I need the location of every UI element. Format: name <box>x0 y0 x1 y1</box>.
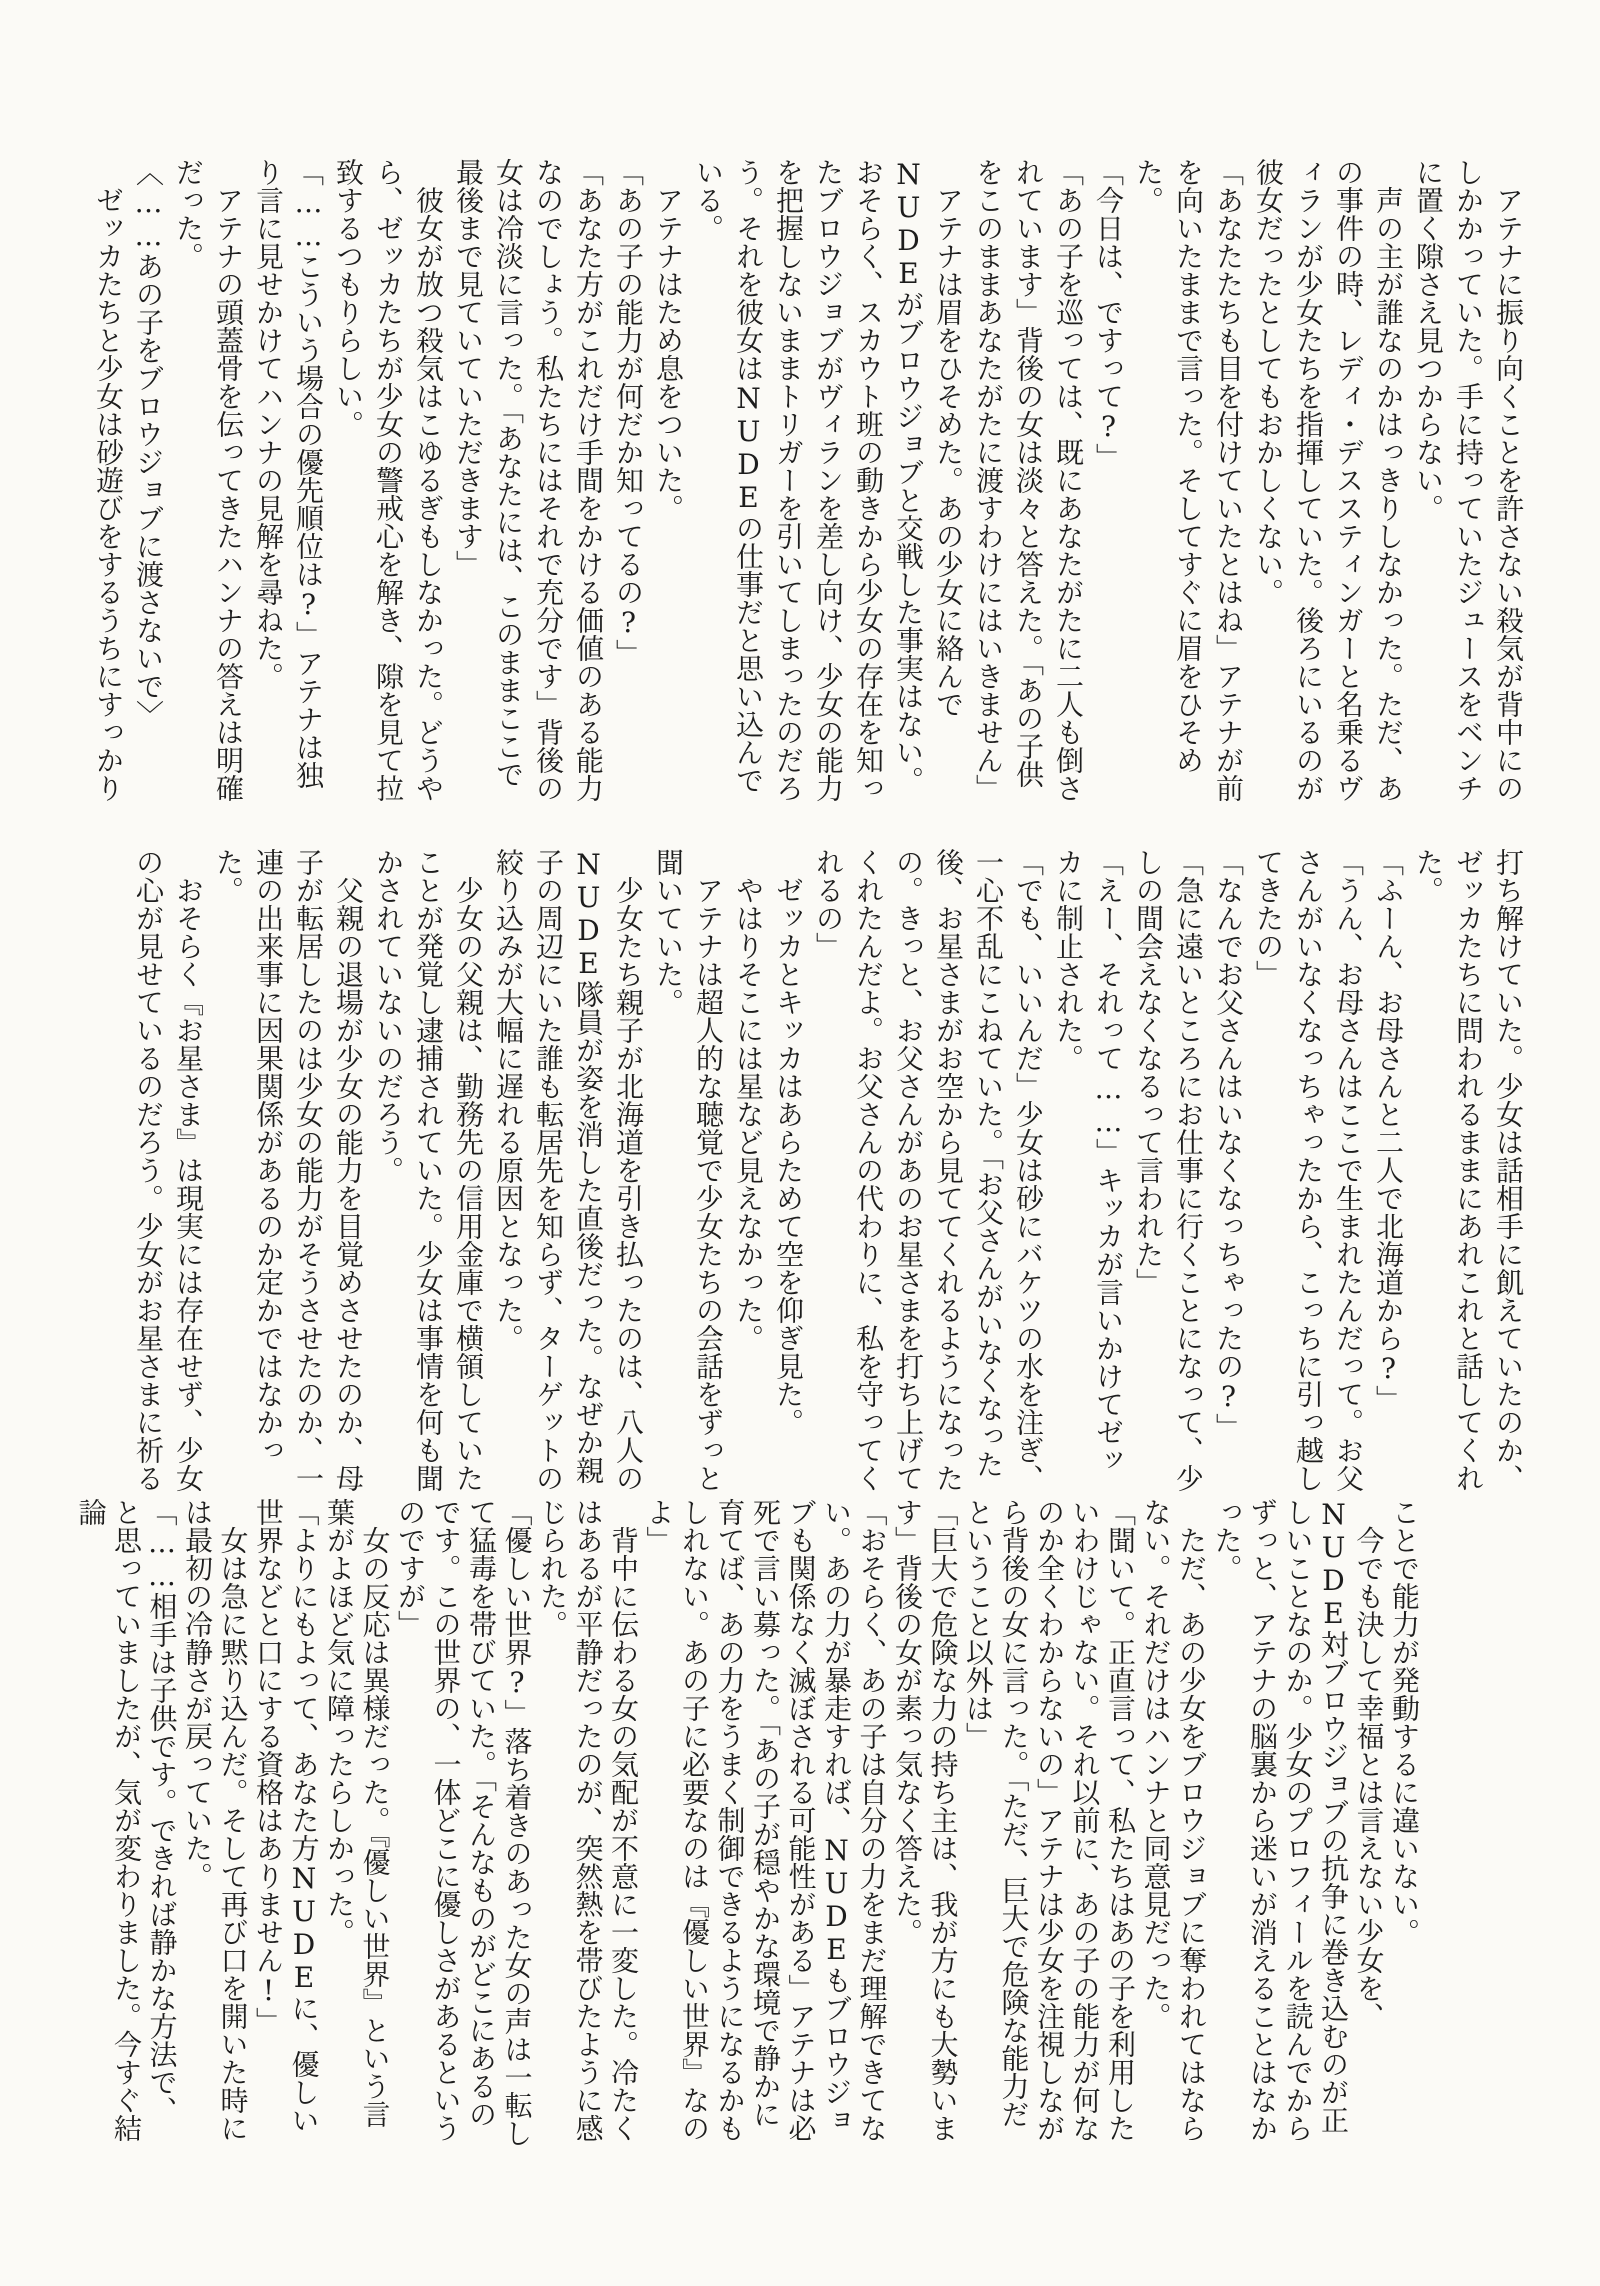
paragraph: アテナに振り向くことを許さない殺気が背中にのしかかっていた。手に持っていたジュー… <box>1408 158 1528 808</box>
paragraph: 「よりにもよって、あなた方NUDEに、優しい世界などと口にする資格はありません!… <box>251 1498 322 2148</box>
paragraph: 「ふーん、お母さんと二人で北海道から?」 <box>1368 848 1408 1498</box>
novel-page: アテナに振り向くことを許さない殺気が背中にのしかかっていた。手に持っていたジュー… <box>0 0 1600 2286</box>
paragraph: 背中に伝わる女の気配が不意に一変した。冷たくはあるが平静だったのが、突然熱を帯び… <box>535 1498 642 2148</box>
paragraph: 「あなた方がこれだけ手間をかける価値のある能力なのでしょう。私たちにはそれで充分… <box>448 158 608 808</box>
paragraph: 打ち解けていた。少女は話相手に飢えていたのか、ゼッカたちに問われるままにあれこれ… <box>1408 848 1528 1498</box>
paragraph: 女の反応は異様だった。『優しい世界』という言葉がよほど気に障ったらしかった。 <box>322 1498 393 2148</box>
paragraph: 「うん、お母さんはここで生まれたんだって。お父さんがいなくなっちゃったから、こっ… <box>1248 848 1368 1498</box>
paragraph: 「……こういう場合の優先順位は?」アテナは独り言に見せかけてハンナの見解を尋ねた… <box>248 158 328 808</box>
paragraph: アテナは眉をひそめた。あの少女に絡んでNUDEがブロウジョブと交戦した事実はない… <box>688 158 968 808</box>
paragraph: 「……相手は子供です。できれば静かな方法で、と思っていましたが、気が変わりました… <box>73 1498 180 2148</box>
paragraph: 「あの子を巡っては、既にあなたがたに二人も倒されています」背後の女は淡々と答えた… <box>968 158 1088 808</box>
paragraph: 女は急に黙り込んだ。そして再び口を開いた時には最初の冷静さが戻っていた。 <box>180 1498 251 2148</box>
paragraph: 「急に遠いところにお仕事に行くことになって、少しの間会えなくなるって言われた」 <box>1128 848 1208 1498</box>
paragraph: 声の主が誰なのかはっきりしなかった。ただ、あの事件の時、レディ・デススティンガー… <box>1248 158 1408 808</box>
paragraph: ただ、あの少女をブロウジョブに奪われてはならない。それだけはハンナと同意見だった… <box>1138 1498 1209 2148</box>
paragraph: 「巨大で危険な力の持ち主は、我が方にも大勢います」背後の女が素っ気なく答えた。 <box>890 1498 961 2148</box>
paragraph: やはりそこには星など見えなかった。 <box>728 848 768 1498</box>
paragraph: ことで能力が発動するに違いない。 <box>1387 1498 1423 2148</box>
paragraph: 「えー、それって……」キッカが言いかけてゼッカに制止された。 <box>1048 848 1128 1498</box>
paragraph: 「あなたたちも目を付けていたとはね」アテナが前を向いたままで言った。そしてすぐに… <box>1128 158 1248 808</box>
paragraph: 今でも決して幸福とは言えない少女を、NUDE対ブロウジョブの抗争に巻き込むのが正… <box>1209 1498 1387 2148</box>
paragraph: アテナは超人的な聴覚で少女たちの会話をずっと聞いていた。 <box>648 848 728 1498</box>
paragraph: 彼女が放つ殺気はこゆるぎもしなかった。どうやら、ゼッカたちが少女の警戒心を解き、… <box>328 158 448 808</box>
paragraph: 「聞いて。正直言って、私たちはあの子を利用したいわけじゃない。それ以前に、あの子… <box>961 1498 1139 2148</box>
paragraph: 「おそらく、あの子は自分の力をまだ理解できてない。あの力が暴走すれば、NUDEも… <box>641 1498 890 2148</box>
paragraph: 「優しい世界?」落ち着きのあった女の声は一転して猛毒を帯びていた。「そんなものが… <box>393 1498 535 2148</box>
text-band-bottom: ことで能力が発動するに違いない。今でも決して幸福とは言えない少女を、NUDE対ブ… <box>73 1498 1422 2148</box>
text-band-top: アテナに振り向くことを許さない殺気が背中にのしかかっていた。手に持っていたジュー… <box>88 158 1528 808</box>
paragraph: ゼッカとキッカはあらためて空を仰ぎ見た。 <box>768 848 808 1498</box>
paragraph: 〈……あの子をブロウジョブに渡さないで〉 <box>128 158 168 808</box>
paragraph: アテナの頭蓋骨を伝ってきたハンナの答えは明確だった。 <box>168 158 248 808</box>
paragraph: 父親の退場が少女の能力を目覚めさせたのか、母子が転居したのは少女の能力がそうさせ… <box>208 848 368 1498</box>
text-band-middle: 打ち解けていた。少女は話相手に飢えていたのか、ゼッカたちに問われるままにあれこれ… <box>128 848 1528 1498</box>
paragraph: 少女の父親は、勤務先の信用金庫で横領していたことが発覚し逮捕されていた。少女は事… <box>368 848 488 1498</box>
paragraph: 「今日は、ですって?」 <box>1088 158 1128 808</box>
paragraph: 「なんでお父さんはいなくなっちゃったの?」 <box>1208 848 1248 1498</box>
paragraph: アテナはため息をついた。 <box>648 158 688 808</box>
paragraph: おそらく『お星さま』は現実には存在せず、少女の心が見せているのだろう。少女がお星… <box>128 848 208 1498</box>
paragraph: ゼッカたちと少女は砂遊びをするうちにすっかり <box>88 158 128 808</box>
paragraph: 「あの子の能力が何だか知ってるの?」 <box>608 158 648 808</box>
paragraph: 「でも、いいんだ」少女は砂にバケツの水を注ぎ、一心不乱にこねていた。「お父さんが… <box>808 848 1048 1498</box>
paragraph: 少女たち親子が北海道を引き払ったのは、八人のNUDE隊員が姿を消した直後だった。… <box>488 848 648 1498</box>
